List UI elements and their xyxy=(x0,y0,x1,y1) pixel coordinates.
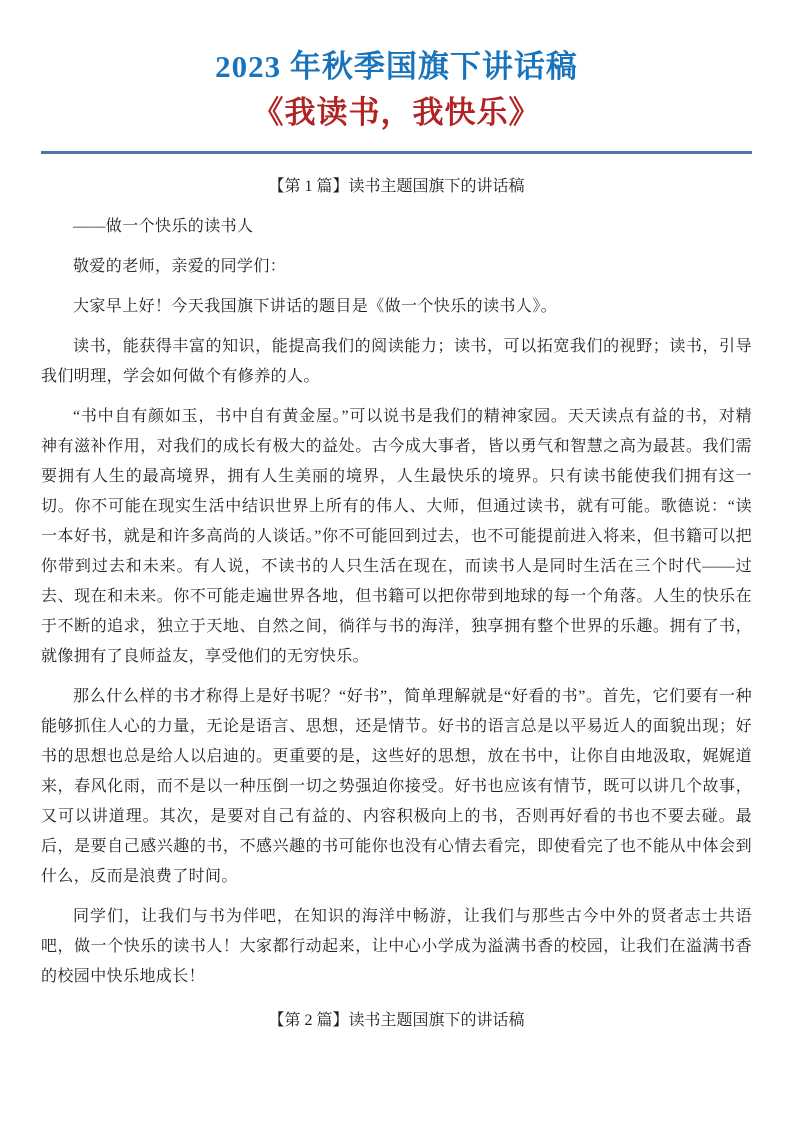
paragraph-spiritual-home: “书中自有颜如玉，书中自有黄金屋。”可以说书是我们的精神家园。天天读点有益的书，… xyxy=(41,402,752,672)
paragraph-opening: 大家早上好！今天我国旗下讲话的题目是《做一个快乐的读书人》。 xyxy=(41,292,752,322)
title-divider-rule xyxy=(41,151,752,154)
paragraph-closing-call: 同学们，让我们与书为伴吧，在知识的海洋中畅游，让我们与那些古今中外的贤者志士共语… xyxy=(41,902,752,992)
article1-body: ——做一个快乐的读书人 敬爱的老师，亲爱的同学们： 大家早上好！今天我国旗下讲话… xyxy=(41,212,752,992)
document-page: 2023 年秋季国旗下讲话稿 《我读书，我快乐》 【第 1 篇】读书主题国旗下的… xyxy=(0,0,793,1122)
document-title-line1: 2023 年秋季国旗下讲话稿 xyxy=(41,44,752,90)
paragraph-salutation: 敬爱的老师，亲爱的同学们： xyxy=(41,252,752,282)
document-title-line2: 《我读书，我快乐》 xyxy=(41,90,752,136)
section2-heading: 【第 2 篇】读书主题国旗下的讲话稿 xyxy=(41,1006,752,1036)
section1-heading: 【第 1 篇】读书主题国旗下的讲话稿 xyxy=(41,172,752,202)
paragraph-what-is-good-book: 那么什么样的书才称得上是好书呢？“好书”，简单理解就是“好看的书”。首先，它们要… xyxy=(41,682,752,892)
paragraph-dedication: ——做一个快乐的读书人 xyxy=(41,212,752,242)
paragraph-benefits-of-reading: 读书，能获得丰富的知识，能提高我们的阅读能力；读书，可以拓宽我们的视野；读书，引… xyxy=(41,332,752,392)
